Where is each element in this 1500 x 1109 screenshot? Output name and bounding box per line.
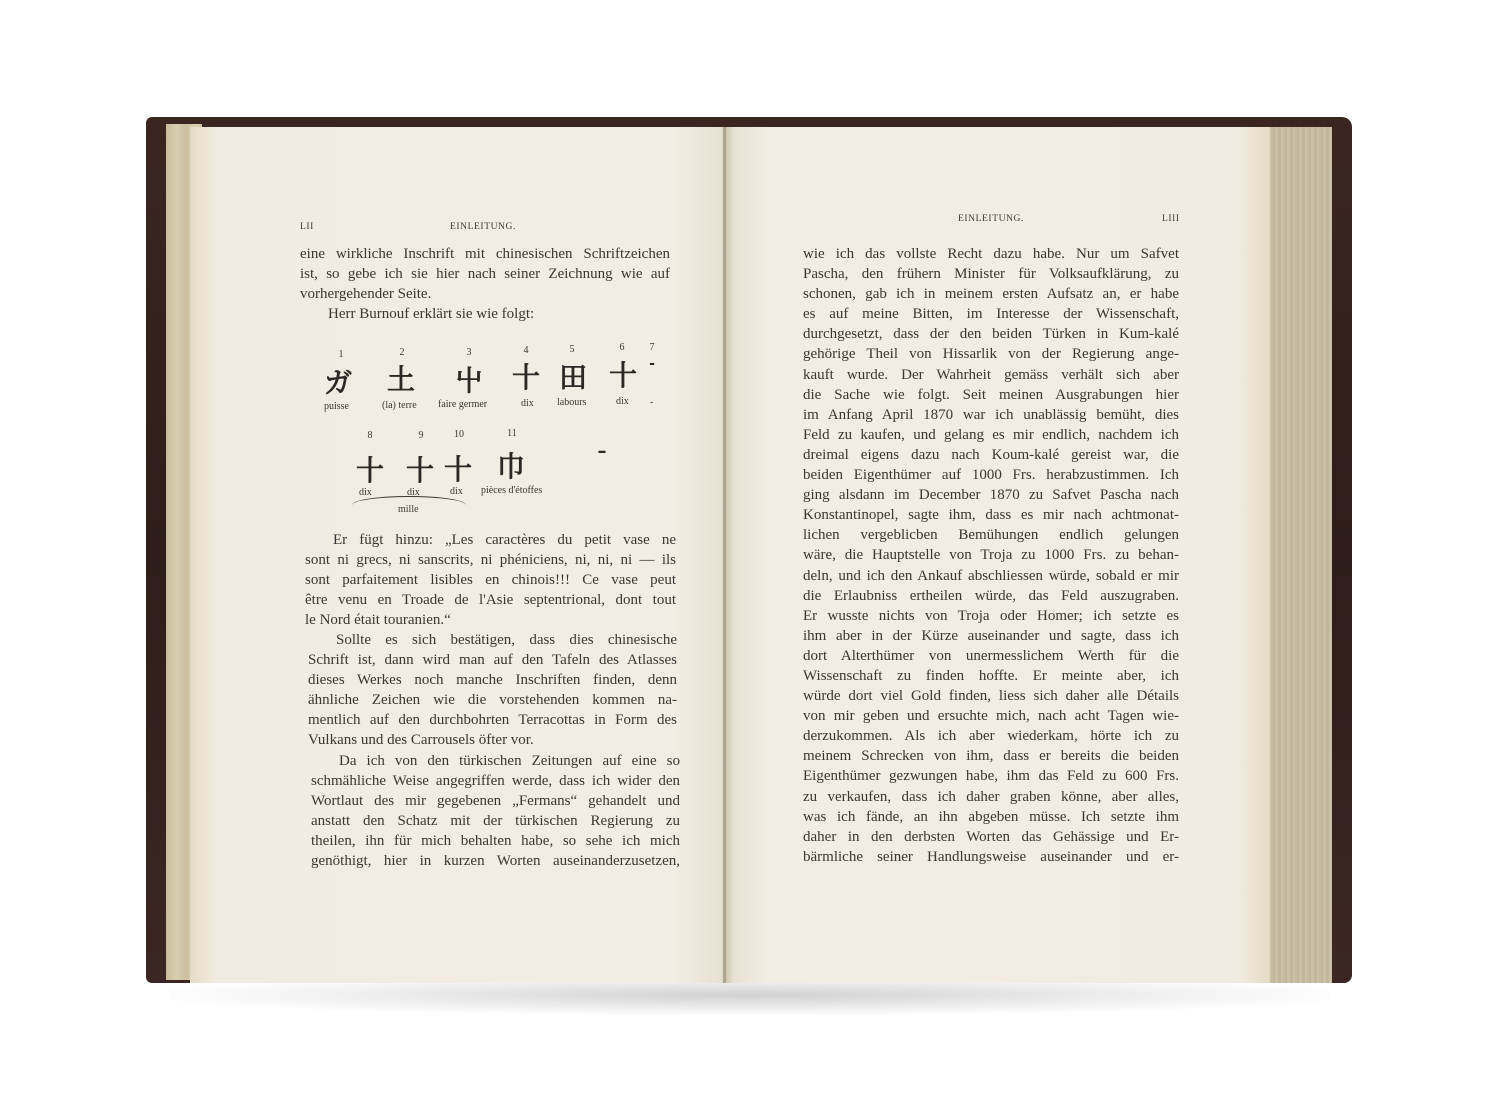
text-line: bärmliche seiner Handlungsweise auseinan…	[803, 847, 1179, 867]
chinese-character: 屮	[449, 359, 489, 399]
text-line: derzukommen. Als ich aber wiederkam, hör…	[803, 726, 1179, 746]
figure-number: 9	[406, 430, 436, 441]
text-line: Da ich von den türkischen Zeitungen auf …	[311, 751, 680, 771]
text-line: wäre, die Hauptstelle von Troja zu 1000 …	[803, 545, 1179, 565]
text-line: wie ich das vollste Recht dazu habe. Nur…	[803, 244, 1179, 264]
figure-number: 3	[454, 347, 484, 358]
figure-number: 8	[355, 430, 385, 441]
text-line: Vulkans und des Carrousels öfter vor.	[308, 730, 677, 750]
text-line: deln, und ich den Ankauf abschliessen wü…	[803, 566, 1179, 586]
text-line: Er wusste nichts von Troja oder Homer; i…	[803, 606, 1179, 626]
text-line: gehörige Theil von Hissarlik von der Reg…	[803, 344, 1179, 364]
text-line: vorhergehender Seite.	[300, 284, 670, 304]
text-line: zu verkaufen, dass ich daher graben könn…	[803, 787, 1179, 807]
text-line: sont ni grecs, ni sanscrits, ni phénicie…	[305, 550, 676, 570]
brace-label: mille	[398, 504, 419, 515]
text-line: die Erlaubniss ertheilen würde, das Feld…	[803, 586, 1179, 606]
left-page-number: LII	[300, 222, 314, 232]
text-line: le Nord était touranien.“	[305, 610, 676, 630]
figure-number: 5	[557, 344, 587, 355]
text-line: beiden Eigenthümer auf 1000 Frs. herabzu…	[803, 465, 1179, 485]
text-line: mentlich auf den durchbohrten Terracotta…	[308, 710, 677, 730]
text-line: Eigenthümer gezwungen habe, ihm das Feld…	[803, 766, 1179, 786]
character-gloss: faire germer	[438, 399, 487, 410]
text-line: von mir geben und ersuchte mich, nach ac…	[803, 706, 1179, 726]
text-line: être venu en Troade de l'Asie septentrio…	[305, 590, 676, 610]
text-line: theilen, ihn für mich behalten habe, so …	[311, 831, 680, 851]
left-running-head: EINLEITUNG.	[450, 222, 516, 232]
text-line: durchgesetzt, dass der den beiden Türken…	[803, 324, 1179, 344]
chinese-character: 十	[438, 448, 478, 488]
text-line: Wortlaut des mir gegebenen „Fermans“ geh…	[311, 791, 680, 811]
chinese-character: -	[632, 356, 672, 372]
character-gloss: -	[650, 397, 653, 408]
text-line: sont parfaitement lisibles en chinois!!!…	[305, 570, 676, 590]
book-gutter	[723, 127, 726, 983]
left-paragraph-1: Er fügt hinzu: „Les caractères du petit …	[305, 530, 676, 630]
text-line: im Anfang April 1870 war ich unablässig …	[803, 405, 1179, 425]
text-line: Schrift ist, dann wird man auf den Tafel…	[308, 650, 677, 670]
chinese-character: 十	[400, 449, 440, 489]
text-line: dreimal eigens dazu nach Koum-kalé gerei…	[803, 445, 1179, 465]
right-page-edges	[1266, 127, 1332, 983]
text-line: dort Alterthümer von unermesslichem Wert…	[803, 646, 1179, 666]
left-paragraph-3: Da ich von den türkischen Zeitungen auf …	[311, 751, 680, 872]
right-page-number: LIII	[1162, 214, 1180, 224]
text-line: Pascha, den frühern Minister für Volksau…	[803, 264, 1179, 284]
character-gloss: dix	[359, 487, 372, 498]
chinese-character: 十	[506, 356, 546, 396]
chinese-character: 土	[381, 358, 421, 398]
text-line: ging alsdann im December 1870 zu Safvet …	[803, 485, 1179, 505]
text-line: schmähliche Weise angegriffen werde, das…	[311, 771, 680, 791]
figure-number: 7	[637, 342, 667, 353]
text-line: daher in den derbsten Worten das Gehässi…	[803, 827, 1179, 847]
figure-number: 4	[511, 345, 541, 356]
text-line: kauft wurde. Der Wahrheit gemäss verhält…	[803, 365, 1179, 385]
text-line: anstatt den Schatz mit der türkischen Re…	[311, 811, 680, 831]
text-line: meinem Schrecken von ihm, dass er bereit…	[803, 746, 1179, 766]
text-line: Konstantinopel, sagte ihm, dass es mir n…	[803, 505, 1179, 525]
chinese-character: 十	[350, 449, 390, 489]
text-line: Sollte es sich bestätigen, dass dies chi…	[308, 630, 677, 650]
text-line: schonen, gab ich in meinem ersten Aufsat…	[803, 284, 1179, 304]
right-page-text: wie ich das vollste Recht dazu habe. Nur…	[803, 244, 1179, 867]
figure-number: 1	[326, 349, 356, 360]
chinese-character: 巾	[491, 445, 531, 485]
text-line: ähnliche Zeichen wie die vorstehenden ko…	[308, 690, 677, 710]
character-gloss: dix	[521, 398, 534, 409]
figure-number: 11	[497, 428, 527, 439]
chinese-character: 田	[553, 356, 593, 396]
text-line: Herr Burnouf erklärt sie wie folgt:	[300, 304, 670, 324]
chinese-character: –	[582, 441, 622, 462]
text-line: Wissenschaft zu finden hoffte. Er meinte…	[803, 666, 1179, 686]
character-gloss: dix	[450, 486, 463, 497]
text-line: was ich fände, an ihn abgeben müsse. Ich…	[803, 807, 1179, 827]
character-gloss: pièces d'étoffes	[481, 485, 542, 496]
right-running-head: EINLEITUNG.	[958, 214, 1024, 224]
figure-number: 6	[607, 342, 637, 353]
text-line: Feld zu kaufen, und gelang es mir endlic…	[803, 425, 1179, 445]
text-line: ihm aber in der Kürze auseinander und sa…	[803, 626, 1179, 646]
character-gloss: dix	[616, 396, 629, 407]
text-line: es auf meine Bitten, im Interesse der Wi…	[803, 304, 1179, 324]
left-paragraph-2: Sollte es sich bestätigen, dass dies chi…	[308, 630, 677, 751]
chinese-character: ガ	[318, 361, 358, 401]
character-gloss: (la) terre	[382, 400, 417, 411]
text-line: Er fügt hinzu: „Les caractères du petit …	[305, 530, 676, 550]
text-line: dieses Werkes noch manche Inschriften fi…	[308, 670, 677, 690]
character-gloss: labours	[557, 397, 586, 408]
text-line: ist, so gebe ich sie hier nach seiner Ze…	[300, 264, 670, 284]
text-line: würde dort viel Gold finden, liess sich …	[803, 686, 1179, 706]
text-line: genöthigt, hier in kurzen Worten auseina…	[311, 851, 680, 871]
text-line: eine wirkliche Inschrift mit chinesische…	[300, 244, 670, 264]
figure-number: 10	[444, 429, 474, 440]
character-gloss: puisse	[324, 401, 349, 412]
text-line: lichen vergeblicben Bemühungen endlich g…	[803, 525, 1179, 545]
text-line: die Sache wie folgt. Seit meinen Ausgrab…	[803, 385, 1179, 405]
figure-number: 2	[387, 347, 417, 358]
left-intro: eine wirkliche Inschrift mit chinesische…	[300, 244, 670, 324]
